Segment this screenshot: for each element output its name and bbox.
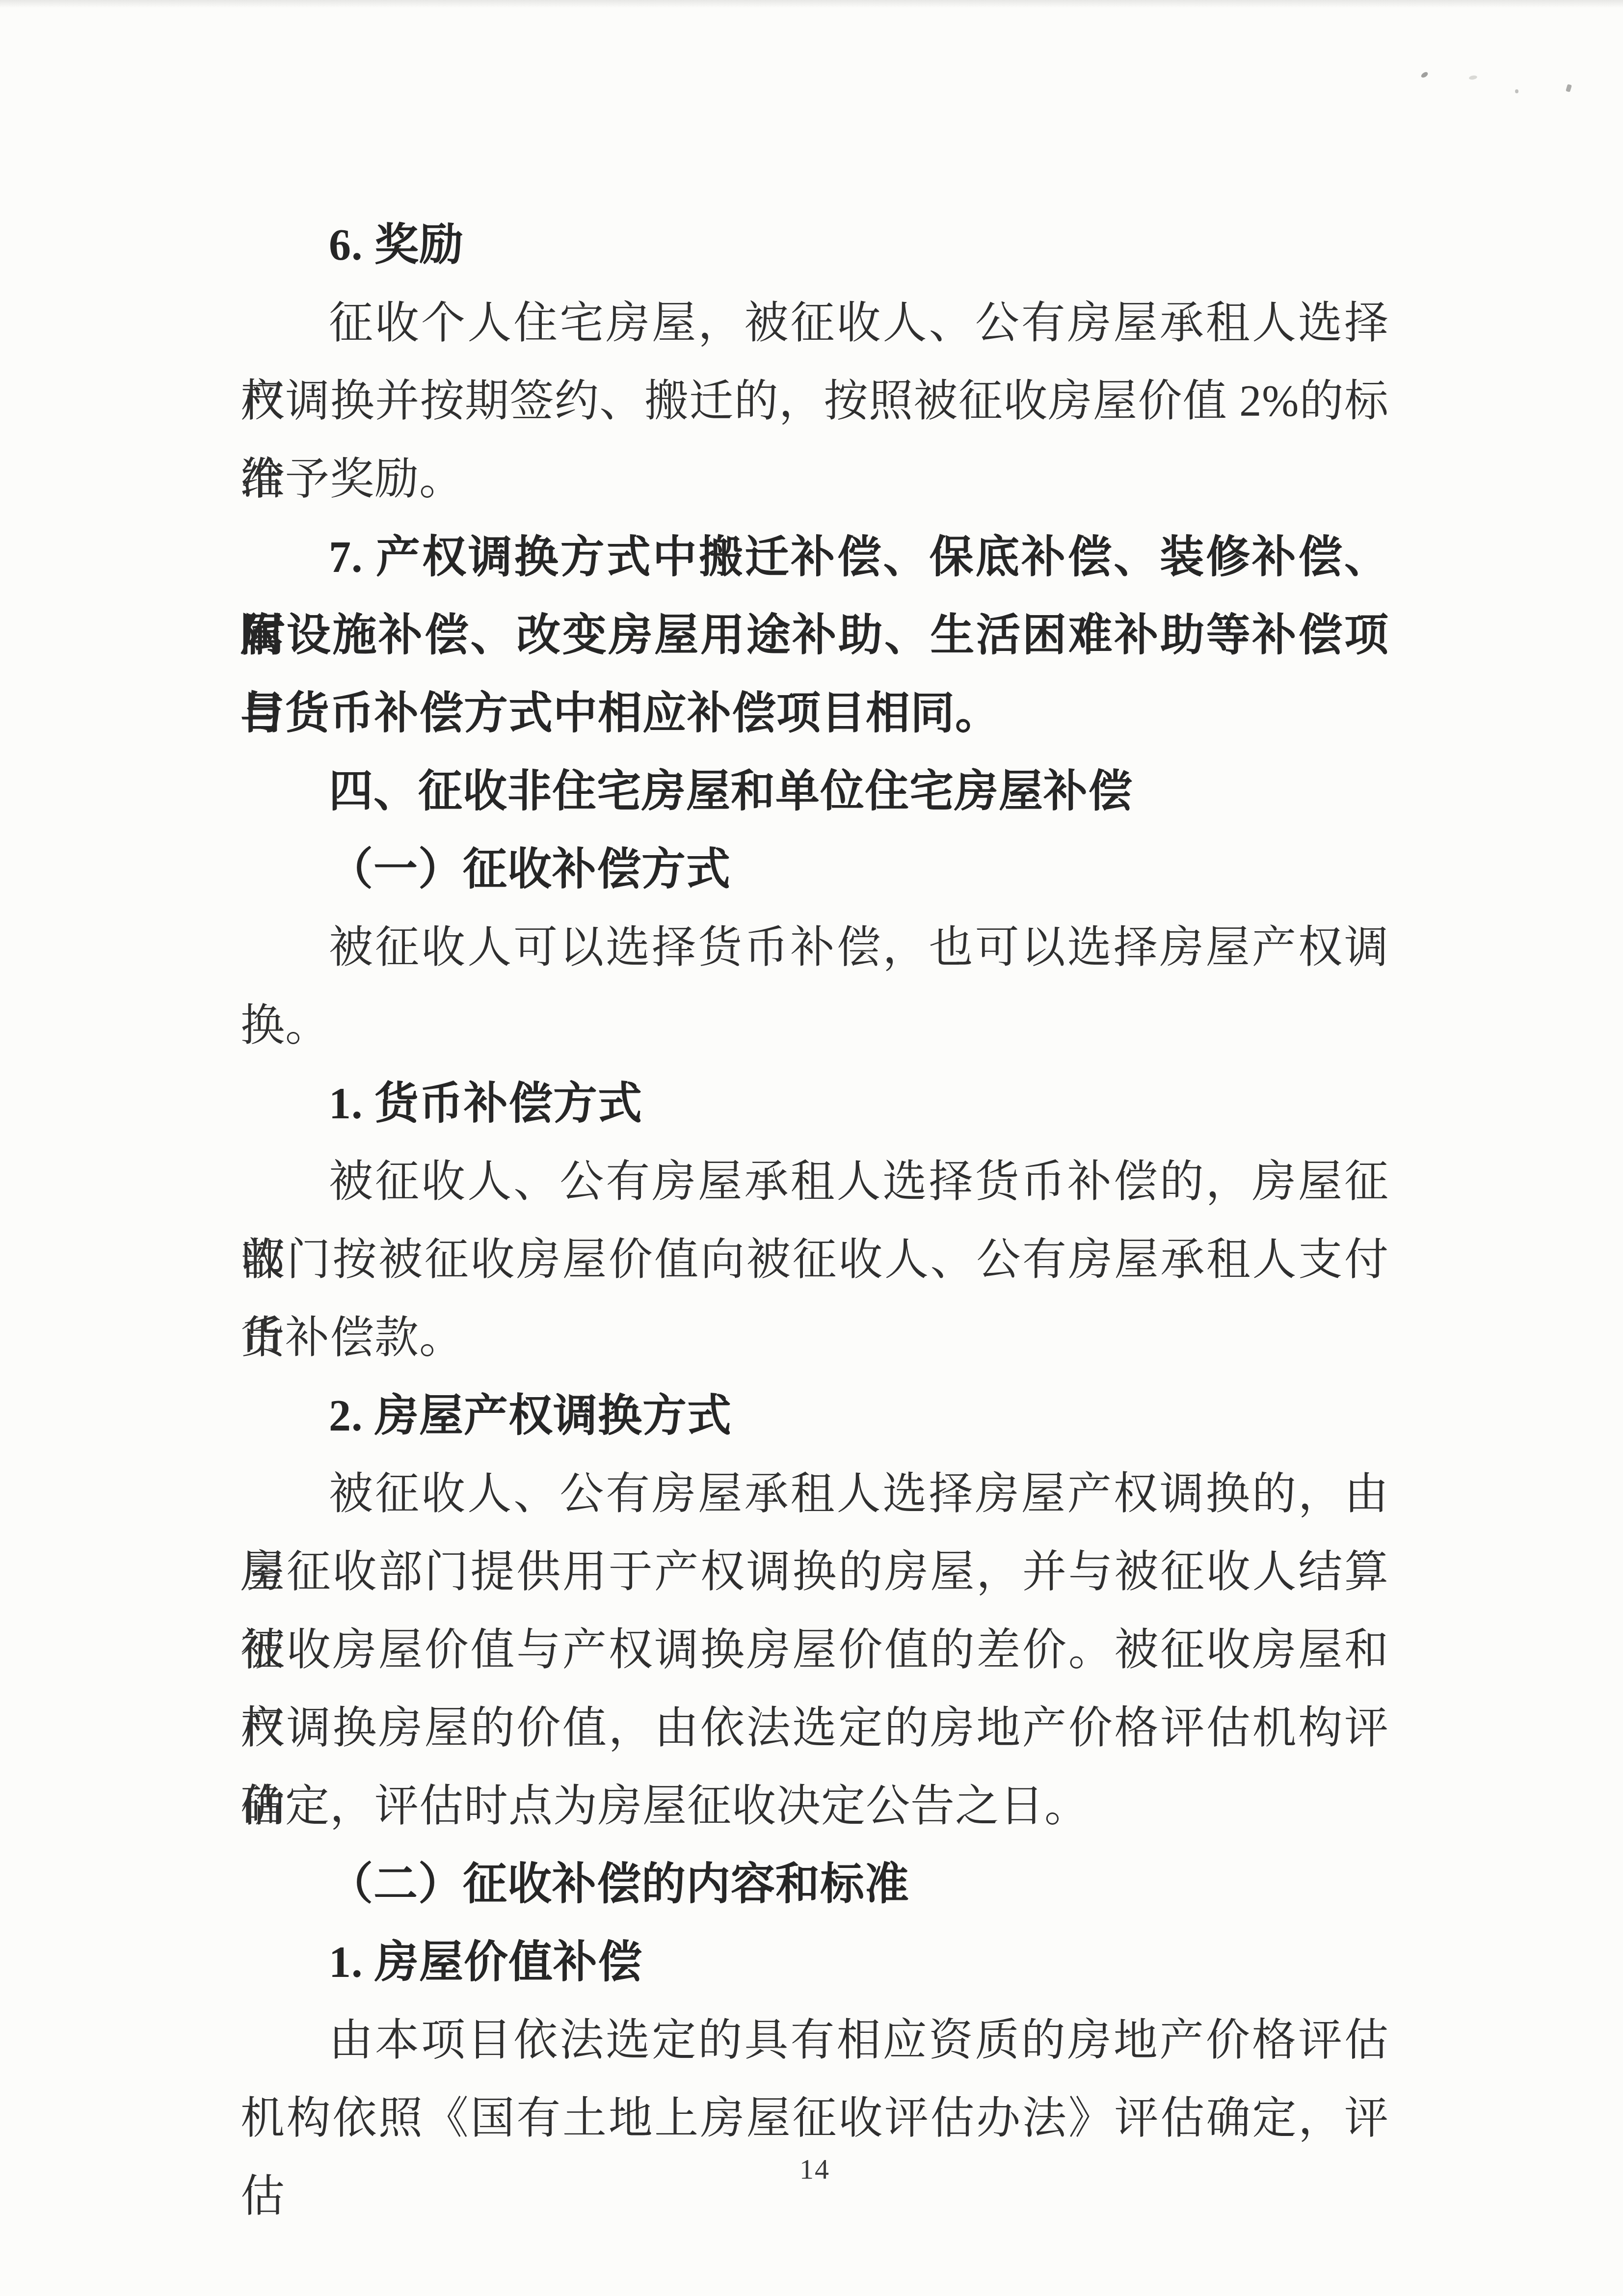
- text-line-body: 权调换并按期签约、搬迁的，按照被征收房屋价值 2%的标准: [240, 362, 1389, 440]
- text-line-body: 机构依照《国有土地上房屋征收评估办法》评估确定，评估: [240, 2080, 1389, 2158]
- text-line-body: 权调换房屋的价值，由依法选定的房地产价格评估机构评估: [240, 1689, 1389, 1767]
- text-line-body: 屋征收部门提供用于产权调换的房屋，并与被征收人结算被: [240, 1533, 1389, 1611]
- scan-speck: [1566, 84, 1572, 92]
- text-line-body: 由本项目依法选定的具有相应资质的房地产价格评估: [240, 2001, 1389, 2080]
- text-line-body: 征收房屋价值与产权调换房屋价值的差价。被征收房屋和产: [240, 1611, 1389, 1689]
- text-line-emphasis: 7. 产权调换方式中搬迁补偿、保底补偿、装修补偿、附: [240, 518, 1389, 596]
- scan-speck: [1420, 71, 1429, 79]
- text-line-body: 换。: [240, 987, 1389, 1065]
- text-line-body: 币补偿款。: [240, 1299, 1389, 1377]
- text-line-emphasis: 属设施补偿、改变房屋用途补助、生活困难补助等补偿项目: [240, 596, 1389, 675]
- document-body: 6. 奖励征收个人住宅房屋，被征收人、公有房屋承租人选择产权调换并按期签约、搬迁…: [240, 206, 1389, 2158]
- text-line-section-heading: 四、征收非住宅房屋和单位住宅房屋补偿: [240, 753, 1389, 831]
- text-line-body: 被征收人可以选择货币补偿，也可以选择房屋产权调: [240, 909, 1389, 987]
- text-line-body: 部门按被征收房屋价值向被征收人、公有房屋承租人支付货: [240, 1221, 1389, 1299]
- text-line-numbered-heading: 2. 房屋产权调换方式: [240, 1377, 1389, 1455]
- text-line-body: 给予奖励。: [240, 440, 1389, 518]
- document-page: 6. 奖励征收个人住宅房屋，被征收人、公有房屋承租人选择产权调换并按期签约、搬迁…: [0, 0, 1623, 2296]
- text-line-sub-heading: （二）征收补偿的内容和标准: [240, 1845, 1389, 1923]
- page-number: 14: [240, 2153, 1389, 2186]
- text-line-numbered-heading: 6. 奖励: [240, 206, 1389, 284]
- text-line-numbered-heading: 1. 货币补偿方式: [240, 1065, 1389, 1143]
- text-line-body: 征收个人住宅房屋，被征收人、公有房屋承租人选择产: [240, 284, 1389, 362]
- scan-speck: [1515, 89, 1518, 93]
- text-line-emphasis: 与货币补偿方式中相应补偿项目相同。: [240, 675, 1389, 753]
- text-line-sub-heading: （一）征收补偿方式: [240, 831, 1389, 909]
- text-line-body: 被征收人、公有房屋承租人选择房屋产权调换的，由房: [240, 1455, 1389, 1533]
- scan-speck: [1468, 75, 1477, 81]
- text-line-numbered-heading: 1. 房屋价值补偿: [240, 1923, 1389, 2001]
- text-line-body: 被征收人、公有房屋承租人选择货币补偿的，房屋征收: [240, 1143, 1389, 1221]
- text-line-body: 确定，评估时点为房屋征收决定公告之日。: [240, 1767, 1389, 1845]
